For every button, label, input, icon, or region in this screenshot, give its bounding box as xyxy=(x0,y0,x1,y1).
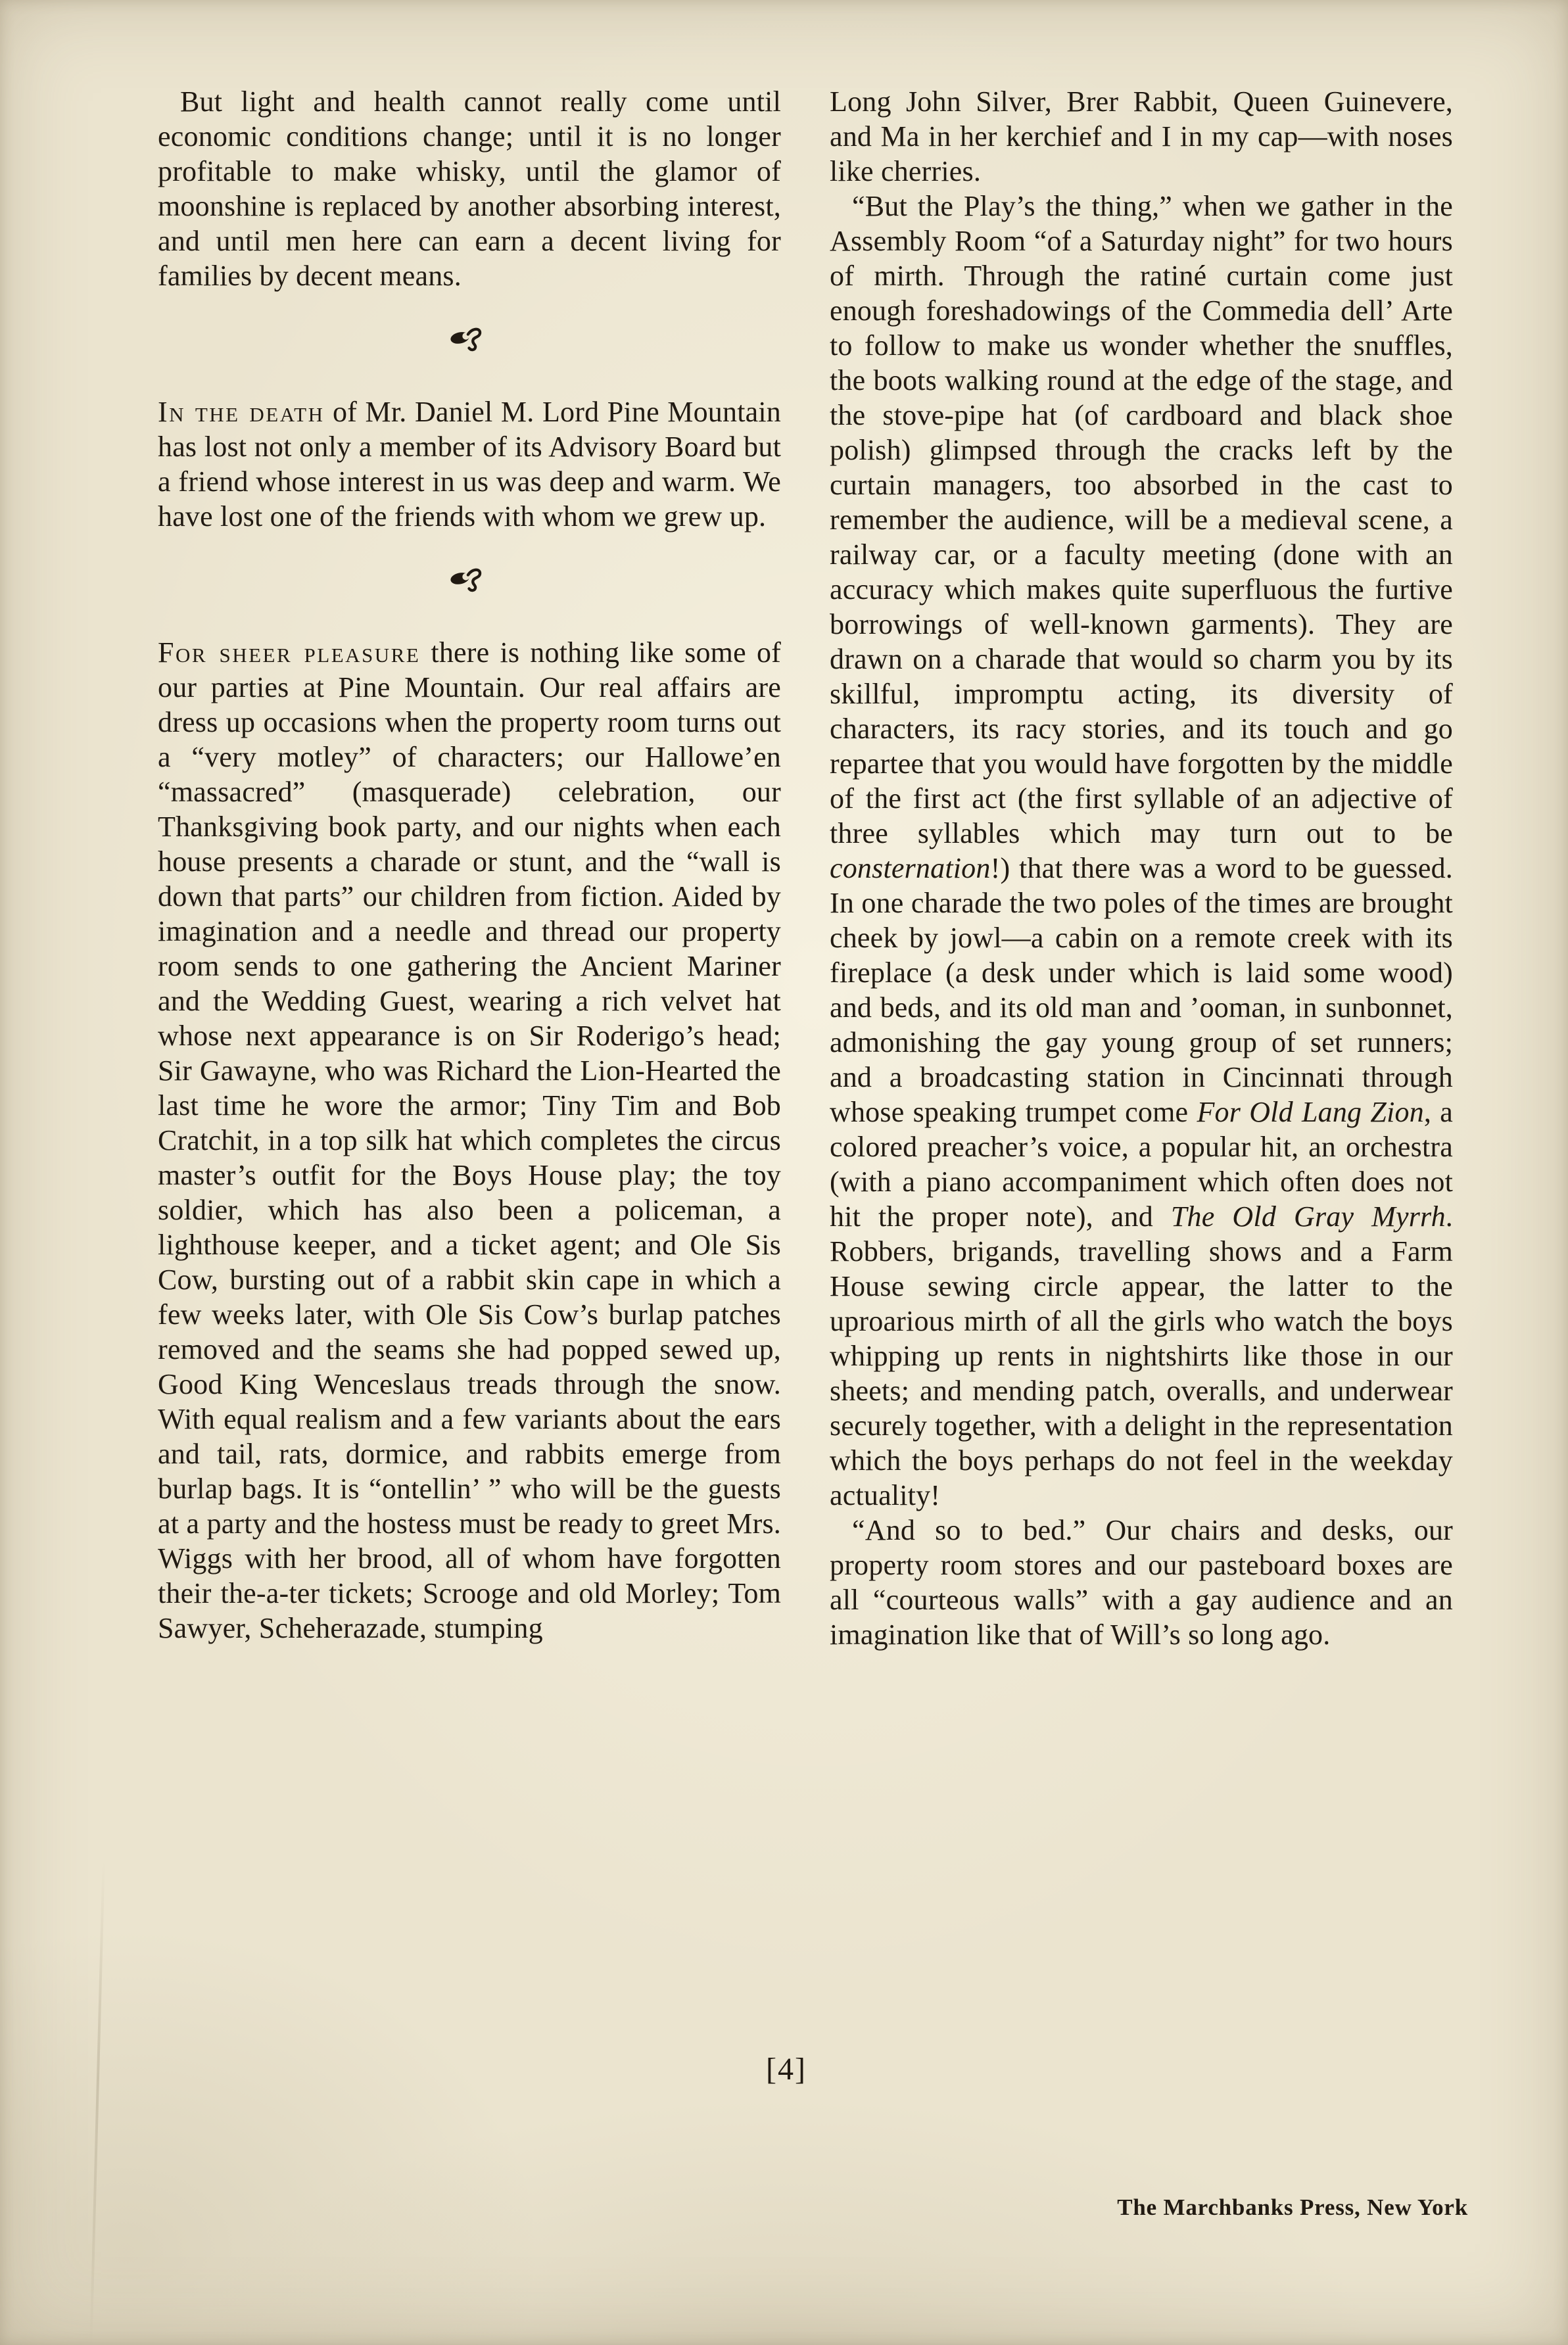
text-segment: “And so to bed.” Our chairs and desks, o… xyxy=(830,1514,1453,1651)
text-segment: “But the Play’s the thing,” when we gath… xyxy=(830,190,1453,849)
text-segment: Long John Silver, Brer Rabbit, Queen Gui… xyxy=(830,85,1453,187)
text-segment: !) that there was a word to be guessed. … xyxy=(830,852,1453,1128)
paragraph: “And so to bed.” Our chairs and desks, o… xyxy=(830,1513,1453,1652)
printer-imprint: The Marchbanks Press, New York xyxy=(1117,2194,1468,2221)
paragraph: For sheer pleasure there is nothing like… xyxy=(158,635,781,1646)
paragraph: Long John Silver, Brer Rabbit, Queen Gui… xyxy=(830,84,1453,189)
left-column: But light and health cannot really come … xyxy=(158,84,781,1646)
paragraph: “But the Play’s the thing,” when we gath… xyxy=(830,189,1453,1513)
text-segment: there is nothing like some of our partie… xyxy=(158,636,781,1644)
scanned-book-page: But light and health cannot really come … xyxy=(0,0,1568,2345)
text-segment: . Robbers, brigands, travelling shows an… xyxy=(830,1200,1453,1511)
text-segment: But light and health cannot really come … xyxy=(158,85,781,292)
text-segment: For Old Lang Zion xyxy=(1197,1096,1423,1128)
text-segment: consternation xyxy=(830,852,991,884)
paragraph: But light and health cannot really come … xyxy=(158,84,781,293)
paper-crease xyxy=(89,1860,105,2345)
hedera-ornament-icon xyxy=(158,313,781,364)
text-segment: For sheer pleasure xyxy=(158,636,420,669)
text-segment: The Old Gray Myrrh xyxy=(1171,1200,1446,1233)
paragraph: In the death of Mr. Daniel M. Lord Pine … xyxy=(158,394,781,534)
hedera-ornament-icon xyxy=(158,554,781,605)
page-number: [4] xyxy=(717,2052,856,2087)
right-column: Long John Silver, Brer Rabbit, Queen Gui… xyxy=(830,84,1453,1652)
text-segment: In the death xyxy=(158,396,324,428)
